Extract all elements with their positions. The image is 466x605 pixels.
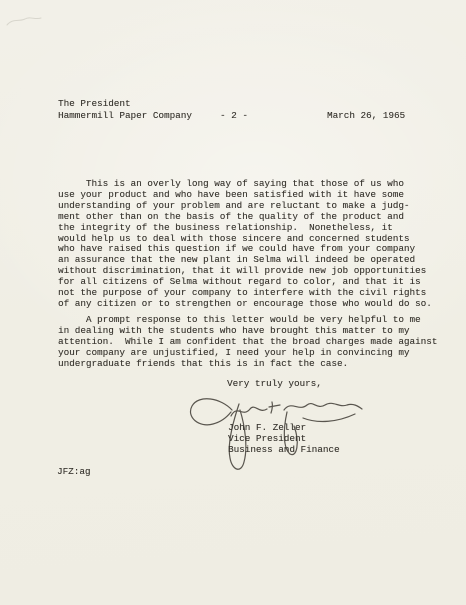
reference-initials: JFZ:ag [57, 467, 90, 478]
paragraph-1: This is an overly long way of saying tha… [58, 179, 432, 310]
valediction: Very truly yours, [227, 379, 322, 390]
signer-department: Business and Finance [228, 445, 340, 456]
signature-block: John F. Zeller Vice President Business a… [228, 423, 340, 456]
pencil-mark [5, 14, 47, 30]
letter-page: The President Hammermill Paper Company -… [0, 0, 466, 605]
page-number: - 2 - [220, 111, 248, 122]
letter-date: March 26, 1965 [327, 111, 405, 122]
recipient-name: The President [58, 99, 131, 110]
paragraph-2: A prompt response to this letter would b… [58, 315, 437, 370]
recipient-company: Hammermill Paper Company [58, 111, 192, 122]
letter-header: The President Hammermill Paper Company -… [58, 99, 438, 122]
